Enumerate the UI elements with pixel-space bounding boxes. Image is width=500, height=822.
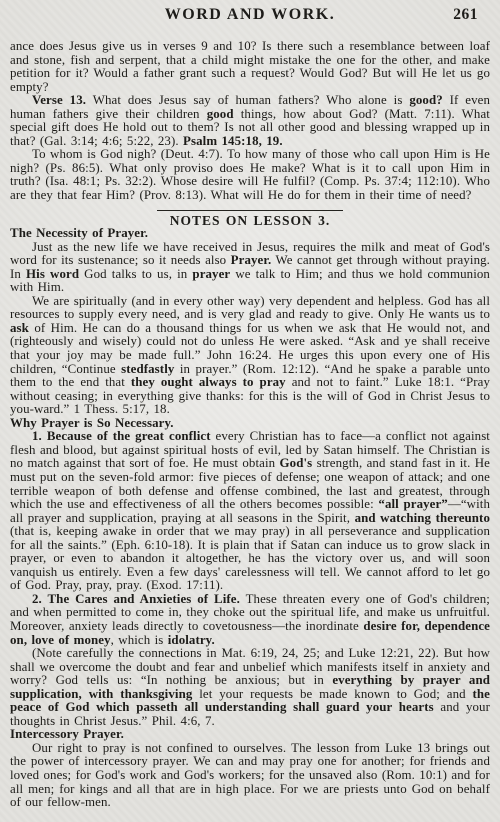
paragraph-new-life: Just as the new life we have received in… [10, 241, 490, 295]
paragraph-intercessory: Our right to pray is not confined to our… [10, 742, 490, 810]
journal-title: WORD AND WORK. [10, 6, 490, 24]
heading-intercessory-prayer: Intercessory Prayer. [10, 728, 490, 742]
paragraph-note-connections: (Note carefully the connections in Mat. … [10, 647, 490, 728]
heading-why-prayer-necessary: Why Prayer is So Necessary. [10, 417, 490, 431]
page-body: ance does Jesus give us in verses 9 and … [10, 40, 490, 810]
paragraph-god-nigh: To whom is God nigh? (Deut. 4:7). To how… [10, 148, 490, 202]
heading-necessity-of-prayer: The Necessity of Prayer. [10, 227, 490, 241]
section-divider [157, 210, 343, 211]
page-header: WORD AND WORK. 261 [10, 4, 490, 30]
paragraph-cares-anxieties: 2. The Cares and Anxieties of Life. Thes… [10, 593, 490, 647]
page-number: 261 [453, 6, 478, 24]
paragraph-continuation: ance does Jesus give us in verses 9 and … [10, 40, 490, 94]
paragraph-spiritually-dependent: We are spiritually (and in every other w… [10, 295, 490, 417]
paragraph-great-conflict: 1. Because of the great conflict every C… [10, 430, 490, 593]
scanned-document-page: WORD AND WORK. 261 ance does Jesus give … [0, 0, 500, 822]
paragraph-verse-13: Verse 13. What does Jesus say of human f… [10, 94, 490, 148]
notes-on-lesson-title: NOTES ON LESSON 3. [10, 214, 490, 228]
